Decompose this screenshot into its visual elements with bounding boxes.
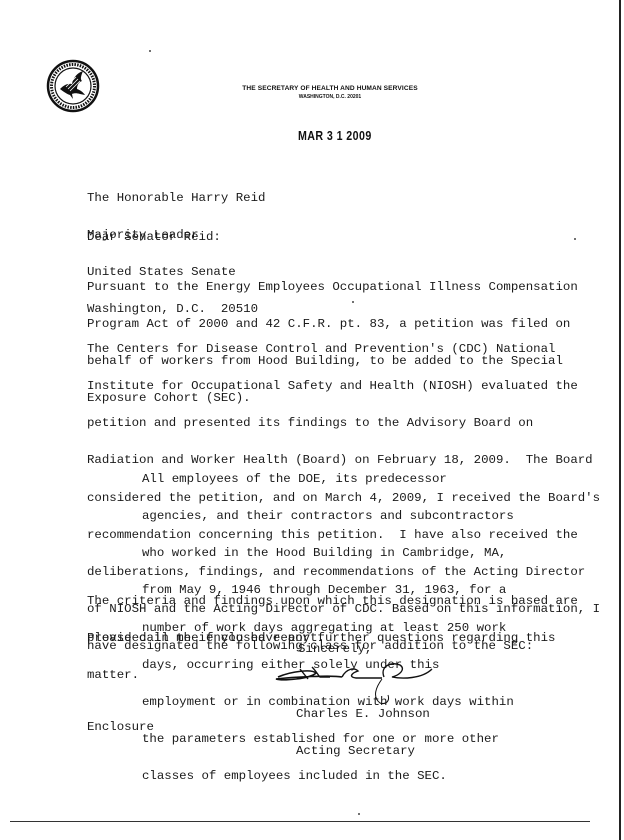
paragraph-line: The criteria and findings upon which thi…	[87, 595, 578, 607]
signature-block: Charles E. Johnson Acting Secretary	[296, 683, 430, 782]
signer-name: Charles E. Johnson	[296, 708, 430, 720]
scan-speck	[149, 50, 151, 52]
letterhead: THE SECRETARY OF HEALTH AND HUMAN SERVIC…	[200, 85, 460, 101]
page-right-border	[619, 0, 621, 840]
paragraph-line: petition and presented its findings to t…	[87, 417, 600, 429]
closing: Sincerely,	[298, 643, 372, 655]
letterhead-title: THE SECRETARY OF HEALTH AND HUMAN SERVIC…	[200, 85, 460, 93]
signer-title: Acting Secretary	[296, 745, 430, 757]
class-line: who worked in the Hood Building in Cambr…	[142, 547, 514, 559]
paragraph-line: The Centers for Disease Control and Prev…	[87, 343, 600, 355]
class-line: agencies, and their contractors and subc…	[142, 510, 514, 522]
class-line: All employees of the DOE, its predecesso…	[142, 473, 514, 485]
paragraph-line: Institute for Occupational Safety and He…	[87, 380, 600, 392]
hhs-seal-icon	[46, 59, 100, 113]
enclosure-note: Enclosure	[87, 721, 154, 733]
scan-speck	[574, 238, 576, 240]
scan-speck	[358, 813, 360, 815]
address-line: The Honorable Harry Reid	[87, 192, 265, 204]
letterhead-city: WASHINGTON, D.C. 20201	[200, 93, 460, 101]
scan-speck	[352, 301, 354, 303]
salutation: Dear Senator Reid:	[87, 231, 221, 243]
letter-page: THE SECRETARY OF HEALTH AND HUMAN SERVIC…	[0, 0, 624, 840]
date-stamp: MAR 3 1 2009	[298, 128, 372, 143]
paragraph-line: Pursuant to the Energy Employees Occupat…	[87, 281, 578, 293]
page-bottom-rule	[10, 821, 590, 822]
